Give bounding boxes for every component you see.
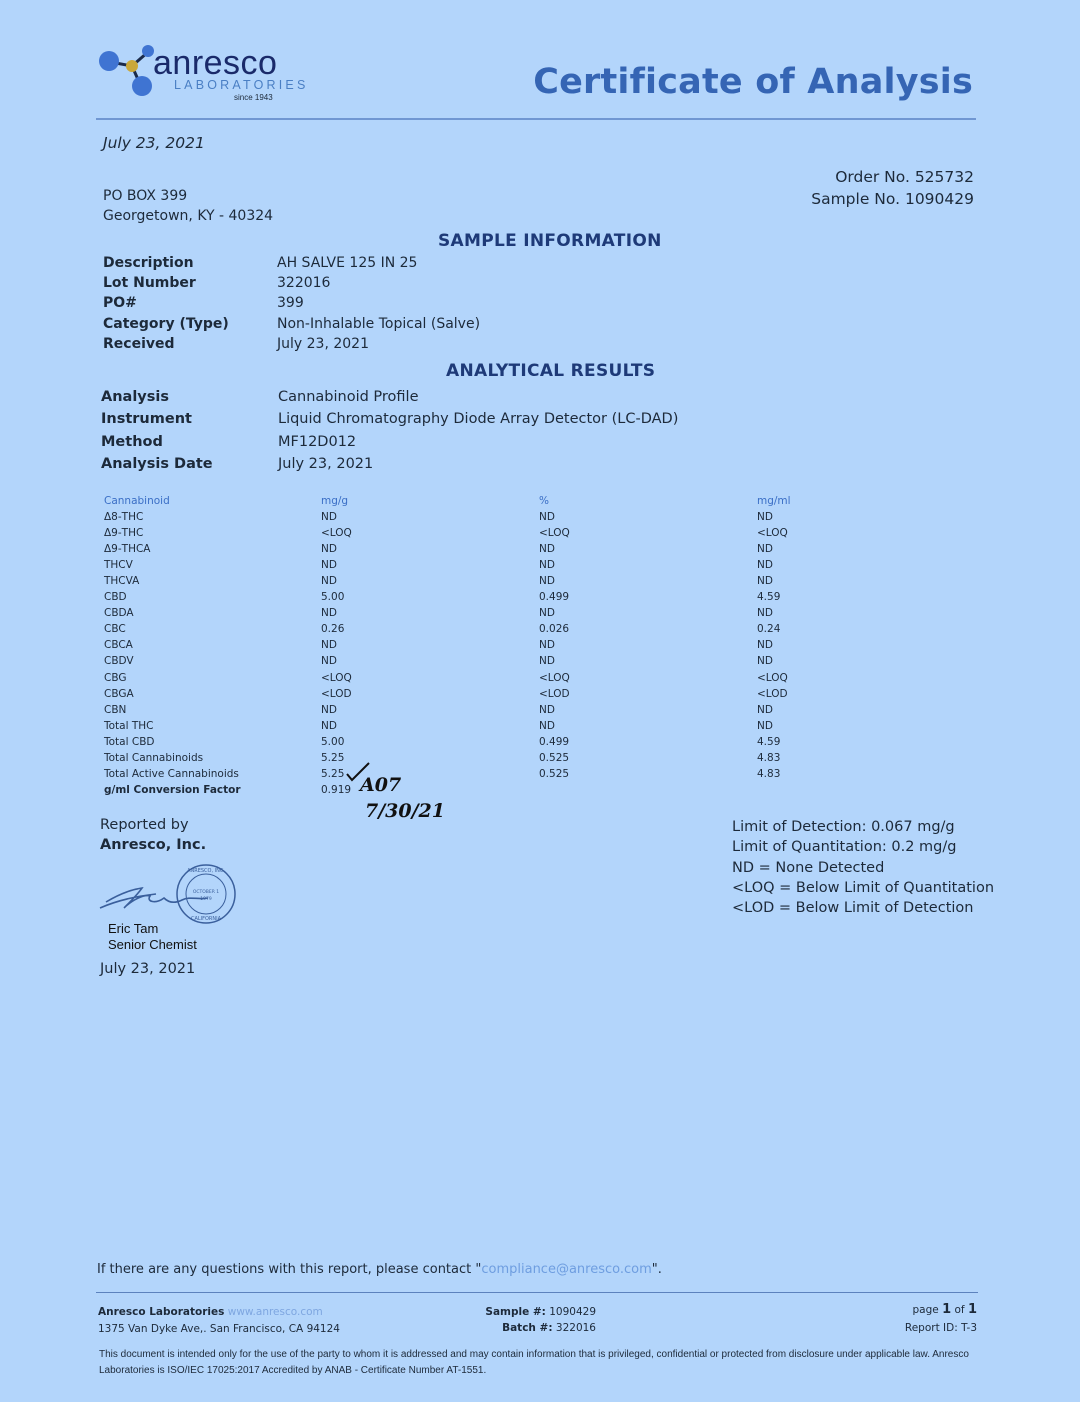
analytical-results-list: AnalysisCannabinoid ProfileInstrumentLiq… — [101, 386, 678, 476]
info-value: Liquid Chromatography Diode Array Detect… — [278, 408, 678, 430]
result-value: ND — [321, 637, 539, 653]
report-date: July 23, 2021 — [103, 134, 205, 152]
table-row: CBNNDNDND — [104, 702, 877, 718]
info-row: Analysis DateJuly 23, 2021 — [101, 453, 678, 475]
column-header: Cannabinoid — [104, 493, 321, 509]
result-value: 0.499 — [539, 589, 757, 605]
limit-note: Limit of Quantitation: 0.2 mg/g — [732, 837, 994, 857]
table-row: CBCANDNDND — [104, 637, 877, 653]
sample-number: Sample No. 1090429 — [811, 188, 974, 210]
order-info: Order No. 525732 Sample No. 1090429 — [811, 166, 974, 210]
handwritten-date: 7/30/21 — [365, 800, 445, 822]
sample-information-list: DescriptionAH SALVE 125 IN 25Lot Number3… — [103, 253, 480, 354]
contact-suffix: ". — [652, 1262, 662, 1277]
result-value: <LOQ — [539, 525, 757, 541]
result-value: 0.525 — [539, 750, 757, 766]
cannabinoid-name: CBG — [104, 670, 321, 686]
cannabinoid-name: CBCA — [104, 637, 321, 653]
table-row: Total THCNDNDND — [104, 718, 877, 734]
table-row: Total Active Cannabinoids5.250.5254.83 — [104, 766, 877, 782]
signature-date: July 23, 2021 — [100, 961, 195, 977]
info-value: 399 — [277, 293, 304, 313]
legal-disclaimer: This document is intended only for the u… — [99, 1347, 979, 1378]
info-value: MF12D012 — [278, 431, 356, 453]
table-row: CBC0.260.0260.24 — [104, 621, 877, 637]
reported-by: Reported by Anresco, Inc. — [100, 815, 206, 855]
result-value: 4.83 — [757, 766, 877, 782]
result-value: <LOQ — [321, 670, 539, 686]
result-value: ND — [539, 541, 757, 557]
conversion-factor-row: g/ml Conversion Factor0.919 — [104, 782, 877, 798]
contact-prefix: If there are any questions with this rep… — [97, 1262, 481, 1277]
footer-company-info: Anresco Laboratories www.anresco.com 137… — [98, 1304, 340, 1338]
cannabinoid-name: Δ8-THC — [104, 509, 321, 525]
signer-title: Senior Chemist — [108, 937, 197, 953]
result-value: ND — [539, 509, 757, 525]
result-value: ND — [539, 637, 757, 653]
info-value: Non-Inhalable Topical (Salve) — [277, 314, 480, 334]
result-value: 4.83 — [757, 750, 877, 766]
info-label: Instrument — [101, 408, 278, 430]
info-row: AnalysisCannabinoid Profile — [101, 386, 678, 408]
address-line-1: PO BOX 399 — [103, 186, 273, 206]
result-value: 4.59 — [757, 734, 877, 750]
result-value: ND — [321, 653, 539, 669]
cannabinoid-name: CBGA — [104, 686, 321, 702]
info-row: PO#399 — [103, 293, 480, 313]
table-row: CBGA<LOD<LOD<LOD — [104, 686, 877, 702]
cannabinoid-name: CBD — [104, 589, 321, 605]
signer-name: Eric Tam — [108, 921, 197, 937]
info-value: July 23, 2021 — [277, 334, 369, 354]
result-value: ND — [539, 573, 757, 589]
result-value: ND — [757, 653, 877, 669]
reported-by-label: Reported by — [100, 815, 206, 835]
result-value: 0.525 — [539, 766, 757, 782]
cannabinoid-name: CBDV — [104, 653, 321, 669]
result-value: ND — [321, 605, 539, 621]
limits-legend: Limit of Detection: 0.067 mg/gLimit of Q… — [732, 817, 994, 918]
result-value: ND — [757, 509, 877, 525]
signer: Eric Tam Senior Chemist — [108, 921, 197, 953]
info-label: Analysis — [101, 386, 278, 408]
info-value: Cannabinoid Profile — [278, 386, 419, 408]
table-row: Δ9-THCANDNDND — [104, 541, 877, 557]
result-value: ND — [539, 653, 757, 669]
compliance-email-link[interactable]: compliance@anresco.com — [481, 1262, 651, 1277]
result-value: ND — [539, 718, 757, 734]
result-value: ND — [321, 509, 539, 525]
corporate-seal-icon: ANRESCO, INC. CALIFORNIA OCTOBER 1 1979 — [98, 860, 243, 926]
sample-information-heading: SAMPLE INFORMATION — [438, 231, 662, 251]
info-label: Received — [103, 334, 277, 354]
result-value: ND — [321, 718, 539, 734]
info-label: Lot Number — [103, 273, 277, 293]
result-value: 4.59 — [757, 589, 877, 605]
molecule-logo-icon — [98, 44, 158, 100]
table-row: THCVANDNDND — [104, 573, 877, 589]
table-header-row: Cannabinoidmg/g%mg/ml — [104, 493, 877, 509]
result-value: <LOQ — [757, 525, 877, 541]
cannabinoid-name: CBN — [104, 702, 321, 718]
page-prefix: page — [913, 1304, 939, 1316]
svg-text:OCTOBER 1: OCTOBER 1 — [193, 889, 219, 895]
table-row: Δ8-THCNDNDND — [104, 509, 877, 525]
address-line-2: Georgetown, KY - 40324 — [103, 206, 273, 226]
anresco-logo: anresco LABORATORIES since 1943 — [98, 44, 308, 104]
info-label: Description — [103, 253, 277, 273]
result-value: ND — [757, 573, 877, 589]
conversion-factor-label: g/ml Conversion Factor — [104, 782, 321, 798]
analytical-results-heading: ANALYTICAL RESULTS — [446, 361, 655, 381]
reporting-company: Anresco, Inc. — [100, 835, 206, 855]
result-value: ND — [757, 637, 877, 653]
info-value: July 23, 2021 — [278, 453, 373, 475]
result-value: 5.00 — [321, 734, 539, 750]
cannabinoid-name: CBC — [104, 621, 321, 637]
cannabinoid-name: Total THC — [104, 718, 321, 734]
column-header: mg/ml — [757, 493, 877, 509]
result-value: 0.26 — [321, 621, 539, 637]
result-value: ND — [321, 573, 539, 589]
table-row: Total Cannabinoids5.250.5254.83 — [104, 750, 877, 766]
signature-and-seal: ANRESCO, INC. CALIFORNIA OCTOBER 1 1979 — [98, 860, 243, 930]
footer-sample-label: Sample #: — [485, 1306, 545, 1318]
limit-note: ND = None Detected — [732, 858, 994, 878]
footer-sample-value: 1090429 — [549, 1306, 596, 1318]
info-row: ReceivedJuly 23, 2021 — [103, 334, 480, 354]
result-value: ND — [321, 557, 539, 573]
info-label: PO# — [103, 293, 277, 313]
svg-text:1979: 1979 — [200, 896, 212, 902]
result-value: ND — [539, 557, 757, 573]
info-row: MethodMF12D012 — [101, 431, 678, 453]
table-row: THCVNDNDND — [104, 557, 877, 573]
client-address: PO BOX 399 Georgetown, KY - 40324 — [103, 186, 273, 226]
contact-line: If there are any questions with this rep… — [97, 1262, 662, 1277]
limit-note: <LOQ = Below Limit of Quantitation — [732, 878, 994, 898]
result-value: ND — [539, 702, 757, 718]
logo-since: since 1943 — [234, 93, 273, 102]
result-value: ND — [321, 541, 539, 557]
handwritten-initials: A07 — [360, 774, 401, 796]
info-value: 322016 — [277, 273, 330, 293]
document-title: Certificate of Analysis — [533, 62, 973, 102]
result-value: <LOQ — [757, 670, 877, 686]
result-value: ND — [757, 718, 877, 734]
page-indicator: page 1 of 1 — [905, 1301, 977, 1319]
logo-wordmark: anresco — [153, 46, 277, 80]
result-value: ND — [757, 702, 877, 718]
cannabinoid-name: THCVA — [104, 573, 321, 589]
result-value: ND — [757, 541, 877, 557]
page-current: 1 — [942, 1302, 951, 1317]
result-value: <LOD — [321, 686, 539, 702]
cannabinoid-name: Δ9-THCA — [104, 541, 321, 557]
cannabinoid-results-table: Cannabinoidmg/g%mg/mlΔ8-THCNDNDNDΔ9-THC<… — [104, 493, 877, 798]
result-value: 0.499 — [539, 734, 757, 750]
info-row: InstrumentLiquid Chromatography Diode Ar… — [101, 408, 678, 430]
logo-subtitle: LABORATORIES — [174, 78, 309, 92]
info-row: Category (Type)Non-Inhalable Topical (Sa… — [103, 314, 480, 334]
footer-company: Anresco Laboratories — [98, 1306, 224, 1318]
info-label: Category (Type) — [103, 314, 277, 334]
limit-note: Limit of Detection: 0.067 mg/g — [732, 817, 994, 837]
result-value: 5.00 — [321, 589, 539, 605]
result-value: <LOQ — [321, 525, 539, 541]
cannabinoid-name: Δ9-THC — [104, 525, 321, 541]
column-header: mg/g — [321, 493, 539, 509]
cannabinoid-name: THCV — [104, 557, 321, 573]
cannabinoid-name: Total Active Cannabinoids — [104, 766, 321, 782]
cannabinoid-name: Total Cannabinoids — [104, 750, 321, 766]
footer-batch-value: 322016 — [556, 1322, 596, 1334]
footer-website-link[interactable]: www.anresco.com — [228, 1306, 323, 1318]
footer-batch-label: Batch #: — [502, 1322, 552, 1334]
result-value: ND — [757, 557, 877, 573]
footer-address: 1375 Van Dyke Ave,. San Francisco, CA 94… — [98, 1321, 340, 1338]
table-row: CBDVNDNDND — [104, 653, 877, 669]
page-total: 1 — [968, 1302, 977, 1317]
result-value: <LOD — [757, 686, 877, 702]
info-row: Lot Number322016 — [103, 273, 480, 293]
order-number: Order No. 525732 — [811, 166, 974, 188]
report-id: Report ID: T-3 — [905, 1319, 977, 1337]
footer-page-info: page 1 of 1 Report ID: T-3 — [905, 1301, 977, 1337]
cannabinoid-name: Total CBD — [104, 734, 321, 750]
table-row: CBDANDNDND — [104, 605, 877, 621]
result-value: ND — [321, 702, 539, 718]
cannabinoid-name: CBDA — [104, 605, 321, 621]
header-divider — [96, 118, 976, 120]
result-value: ND — [757, 605, 877, 621]
result-value: 0.24 — [757, 621, 877, 637]
table-row: CBG<LOQ<LOQ<LOQ — [104, 670, 877, 686]
limit-note: <LOD = Below Limit of Detection — [732, 898, 994, 918]
table-row: Δ9-THC<LOQ<LOQ<LOQ — [104, 525, 877, 541]
table-row: Total CBD5.000.4994.59 — [104, 734, 877, 750]
result-value: <LOQ — [539, 670, 757, 686]
footer-divider — [96, 1292, 978, 1293]
footer-sample-batch: Sample #: 1090429 Batch #: 322016 — [465, 1304, 596, 1336]
table-row: CBD5.000.4994.59 — [104, 589, 877, 605]
info-value: AH SALVE 125 IN 25 — [277, 253, 417, 273]
svg-text:ANRESCO, INC.: ANRESCO, INC. — [187, 868, 225, 874]
result-value: <LOD — [539, 686, 757, 702]
info-label: Analysis Date — [101, 453, 278, 475]
result-value: 0.026 — [539, 621, 757, 637]
info-row: DescriptionAH SALVE 125 IN 25 — [103, 253, 480, 273]
column-header: % — [539, 493, 757, 509]
page-of: of — [954, 1304, 964, 1316]
result-value: ND — [539, 605, 757, 621]
info-label: Method — [101, 431, 278, 453]
